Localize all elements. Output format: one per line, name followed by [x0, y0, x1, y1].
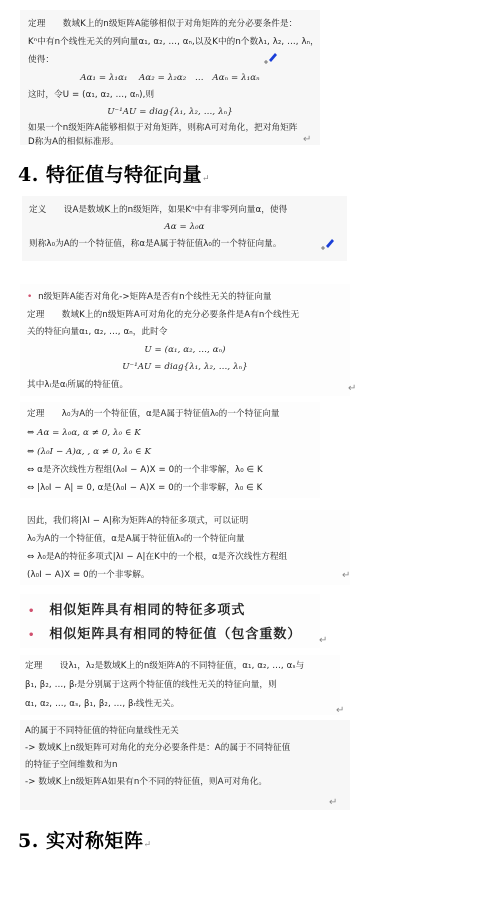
- text-line: A的属于不同特征值的特征向量线性无关: [25, 725, 179, 737]
- heading-text: 5. 实对称矩阵: [18, 830, 143, 852]
- similar-matrix-bullets: •相似矩阵具有相同的特征多项式 •相似矩阵具有相同的特征值（包含重数）: [20, 594, 320, 648]
- heading-text: 4. 特征值与特征向量: [18, 164, 202, 186]
- corollary-image-block: A的属于不同特征值的特征向量线性无关 -> 数域K上n级矩阵可对角化的充分必要条…: [20, 720, 350, 810]
- equation: ⇔ Aα = λ₀α, α ≠ 0, λ₀ ∈ K: [27, 427, 141, 439]
- theorem-image-block-4: 定理 设λ₁，λ₂是数域K上的n级矩阵A的不同特征值，α₁, α₂, …, αₛ…: [20, 655, 340, 715]
- text-line: α₁, α₂, …, αₛ, β₁, β₂, …, βᵣ线性无关。: [25, 698, 179, 710]
- pencil-icon: [263, 50, 279, 64]
- bullet-dot: •: [28, 630, 35, 641]
- text-line: 关的特征向量α₁, α₂, …, αₙ，此时令: [27, 326, 168, 338]
- theorem-image-block-2: • n级矩阵A能否对角化->矩阵A是否有n个线性无关的特征向量 定理 数域K上的…: [20, 284, 350, 396]
- equation: ⇔ (λ₀I − A)α, , α ≠ 0, λ₀ ∈ K: [27, 446, 151, 458]
- text-line: (λ₀I − A)X = 0的一个非零解。: [27, 569, 150, 581]
- return-mark: ↵: [202, 174, 210, 184]
- text-line: 定理 数域K上的n级矩阵A能够相似于对角矩阵的充分必要条件是：: [28, 18, 297, 30]
- bullet-line: •相似矩阵具有相同的特征多项式: [28, 599, 245, 618]
- text-line: 使得：: [28, 54, 54, 66]
- return-mark: ↵: [143, 840, 151, 850]
- return-mark: ↵: [342, 570, 350, 581]
- equation: U⁻¹AU = diag{λ₁, λ₂, …, λₙ}: [20, 106, 320, 118]
- return-mark: ↵: [348, 383, 356, 394]
- bullet-text: 相似矩阵具有相同的特征多项式: [49, 603, 245, 618]
- return-mark: ↵: [319, 635, 327, 646]
- theorem-image-block-3: 定理 λ₀为A的一个特征值，α是A属于特征值λ₀的一个特征向量 ⇔ Aα = λ…: [20, 402, 320, 498]
- bullet-line: • n级矩阵A能否对角化->矩阵A是否有n个线性无关的特征向量: [27, 291, 272, 303]
- bullet-line: •相似矩阵具有相同的特征值（包含重数）: [28, 623, 301, 642]
- equation: U = (α₁, α₂, …, αₙ): [20, 344, 350, 356]
- text-line: ⇔ |λ₀I − A| = 0, α是(λ₀I − A)X = 0的一个非零解，…: [27, 482, 262, 494]
- characteristic-polynomial-block: 因此，我们将|λI − A|称为矩阵A的特征多项式，可以证明 λ₀为A的一个特征…: [20, 510, 350, 585]
- text-line: D称为A的相似标准形。: [28, 136, 119, 148]
- bullet-text: n级矩阵A能否对角化->矩阵A是否有n个线性无关的特征向量: [38, 292, 272, 302]
- return-mark: ↵: [336, 705, 344, 716]
- return-mark: ↵: [329, 797, 337, 808]
- text-line: 其中λᵢ是αᵢ所属的特征值。: [27, 379, 128, 391]
- text-line: 的特征子空间维数和为n: [25, 759, 118, 771]
- bullet-dot: •: [27, 292, 32, 302]
- text-line: 因此，我们将|λI − A|称为矩阵A的特征多项式，可以证明: [27, 515, 248, 527]
- return-mark: ↵: [303, 134, 311, 145]
- section-heading-4: 4. 特征值与特征向量↵: [18, 160, 210, 187]
- equation: U⁻¹AU = diag{λ₁, λ₂, …, λₙ}: [20, 361, 350, 373]
- text-line: 定理 λ₀为A的一个特征值，α是A属于特征值λ₀的一个特征向量: [27, 408, 280, 420]
- text-line: ⇔ λ₀是A的特征多项式|λI − A|在K中的一个根，α是齐次线性方程组: [27, 551, 287, 563]
- text-line: β₁, β₂, …, βᵣ是分别属于这两个特征值的线性无关的特征向量，则: [25, 679, 277, 691]
- text-line: 如果一个n级矩阵A能够相似于对角矩阵，则称A可对角化，把对角矩阵: [28, 122, 298, 134]
- section-heading-5: 5. 实对称矩阵↵: [18, 826, 152, 853]
- text-line: ⇔ α是齐次线性方程组(λ₀I − A)X = 0的一个非零解，λ₀ ∈ K: [27, 464, 263, 476]
- pencil-icon: [320, 236, 336, 250]
- text-line: λ₀为A的一个特征值，α是A属于特征值λ₀的一个特征向量: [27, 533, 245, 545]
- bullet-dot: •: [28, 606, 35, 617]
- equation: Aα = λ₀α: [22, 221, 347, 233]
- text-line: 定义 设A是数域K上的n级矩阵，如果Kⁿ中有非零列向量α，使得: [29, 204, 287, 216]
- text-line: Kⁿ中有n个线性无关的列向量α₁, α₂, …, αₙ,以及K中的n个数λ₁, …: [28, 36, 319, 48]
- bullet-text: 相似矩阵具有相同的特征值（包含重数）: [49, 627, 301, 642]
- text-line: -> 数域K上n级矩阵可对角化的充分必要条件是：A的属于不同特征值: [25, 742, 290, 754]
- definition-image-block: 定义 设A是数域K上的n级矩阵，如果Kⁿ中有非零列向量α，使得 Aα = λ₀α…: [22, 196, 347, 261]
- text-line: 定理 设λ₁，λ₂是数域K上的n级矩阵A的不同特征值，α₁, α₂, …, αₛ…: [25, 660, 304, 672]
- theorem-image-block-1: 定理 数域K上的n级矩阵A能够相似于对角矩阵的充分必要条件是： Kⁿ中有n个线性…: [20, 10, 320, 145]
- text-line: 定理 数域K上的n级矩阵A可对角化的充分必要条件是A有n个线性无: [27, 309, 299, 321]
- text-line: -> 数域K上n级矩阵A如果有n个不同的特征值，则A可对角化。: [25, 776, 267, 788]
- text-line: 则称λ₀为A的一个特征值，称α是A属于特征值λ₀的一个特征向量。: [29, 238, 282, 250]
- text-line: 这时，令U = (α₁, α₂, …, αₙ),则: [28, 89, 154, 101]
- equation: Aα₁ = λ₁α₁ Aα₂ = λ₂α₂ … Aαₙ = λ₁αₙ: [20, 72, 320, 84]
